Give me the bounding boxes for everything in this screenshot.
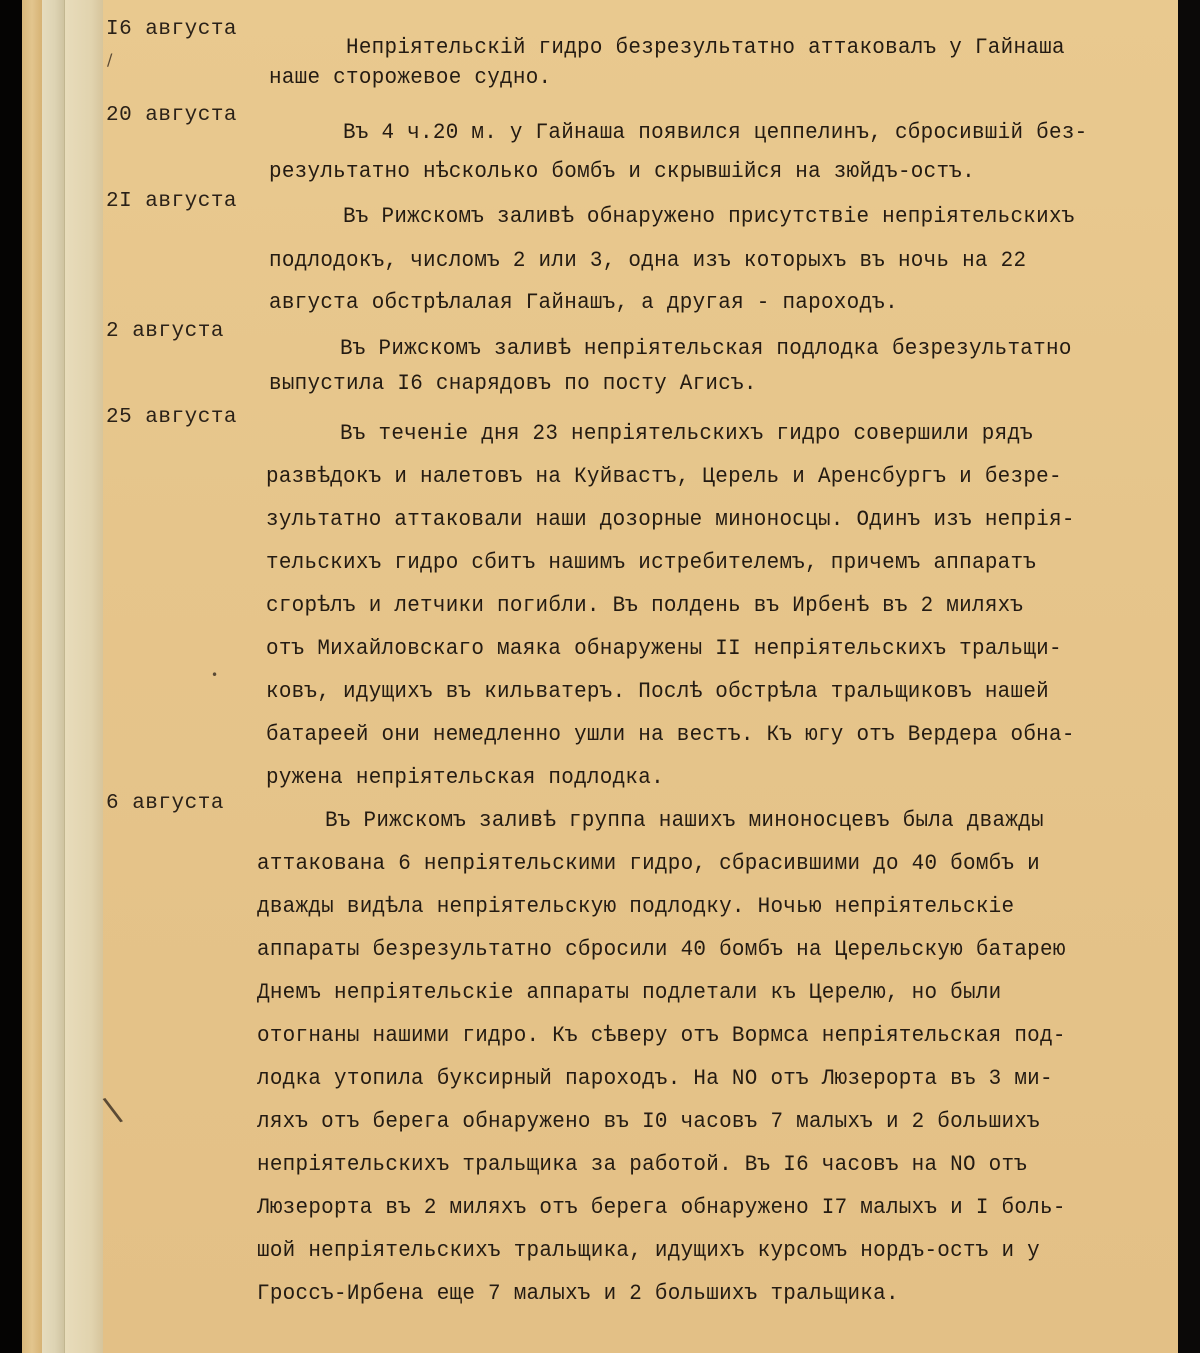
entry-line: ковъ, идущихъ въ кильватеръ. Послѣ обстр…: [266, 678, 1049, 704]
entry-line: непріятельскихъ тральщика за работой. Въ…: [257, 1151, 1027, 1177]
entry-line: Въ Рижскомъ заливѣ обнаружено присутстві…: [343, 203, 1075, 229]
entry-line: аппараты безрезультатно сбросили 40 бомб…: [257, 936, 1066, 962]
entry-line: батареей они немедленно ушли на вестъ. К…: [266, 721, 1075, 747]
scan-border-right: [1178, 0, 1200, 1353]
entry-line: зультатно аттаковали наши дозорные минон…: [266, 506, 1075, 532]
entry-line: Въ Рижскомъ заливѣ непріятельская подлод…: [340, 335, 1072, 361]
entry-date: 25 августа: [106, 406, 237, 429]
entry-date: I6 августа: [106, 18, 237, 41]
entry-date: 2 августа: [106, 320, 224, 343]
entry-line: тельскихъ гидро сбитъ нашимъ истребителе…: [266, 549, 1036, 575]
entry-line: отъ Михайловскаго маяка обнаружены II не…: [266, 635, 1062, 661]
ink-mark: /: [107, 50, 112, 69]
entry-line: отогнаны нашими гидро. Къ сѣверу отъ Вор…: [257, 1022, 1066, 1048]
entry-line: наше сторожевое судно.: [269, 64, 551, 90]
binding-strip: [42, 0, 65, 1353]
binding-strip-inner: [65, 0, 103, 1353]
entry-line: ружена непріятельская подлодка.: [266, 764, 664, 790]
entry-line: августа обстрѣлалая Гайнашъ, а другая - …: [269, 289, 898, 315]
entry-line: подлодокъ, числомъ 2 или 3, одна изъ кот…: [269, 247, 1026, 273]
entry-line: Днемъ непріятельскіе аппараты подлетали …: [257, 979, 1001, 1005]
entry-line: Въ 4 ч.20 м. у Гайнаша появился цеппелин…: [343, 119, 1087, 145]
document-page: I6 августа Непріятельскій гидро безрезул…: [103, 0, 1178, 1353]
entry-line: шой непріятельскихъ тральщика, идущихъ к…: [257, 1237, 1040, 1263]
ink-stroke: \: [101, 1089, 125, 1131]
scan-border-left: [0, 0, 22, 1353]
entry-line: развѣдокъ и налетовъ на Куйвастъ, Церель…: [266, 463, 1062, 489]
entry-line: Гроссъ-Ирбена еще 7 малыхъ и 2 большихъ …: [257, 1280, 899, 1306]
entry-line: дважды видѣла непріятельскую подлодку. Н…: [257, 893, 1014, 919]
entry-date: 2I августа: [106, 190, 237, 213]
ink-dot: •: [211, 668, 218, 682]
entry-line: сгорѣлъ и летчики погибли. Въ полдень въ…: [266, 592, 1023, 618]
entry-date: 6 августа: [106, 792, 224, 815]
entry-line: лодка утопила буксирный пароходъ. На NO …: [257, 1065, 1053, 1091]
entry-line: выпустила I6 снарядовъ по посту Агисъ.: [269, 370, 757, 396]
entry-line: ляхъ отъ берега обнаружено въ I0 часовъ …: [257, 1108, 1040, 1134]
entry-line: Въ Рижскомъ заливѣ группа нашихъ минонос…: [325, 807, 1044, 833]
entry-line: Непріятельскій гидро безрезультатно атта…: [346, 34, 1065, 60]
entry-date: 20 августа: [106, 104, 237, 127]
entry-line: Люзерорта въ 2 миляхъ отъ берега обнаруж…: [257, 1194, 1066, 1220]
underlying-page-edge: [22, 0, 42, 1353]
entry-line: аттакована 6 непріятельскими гидро, сбра…: [257, 850, 1040, 876]
entry-line: Въ теченіе дня 23 непріятельскихъ гидро …: [340, 420, 1033, 446]
entry-line: результатно нѣсколько бомбъ и скрывшійся…: [269, 158, 975, 184]
